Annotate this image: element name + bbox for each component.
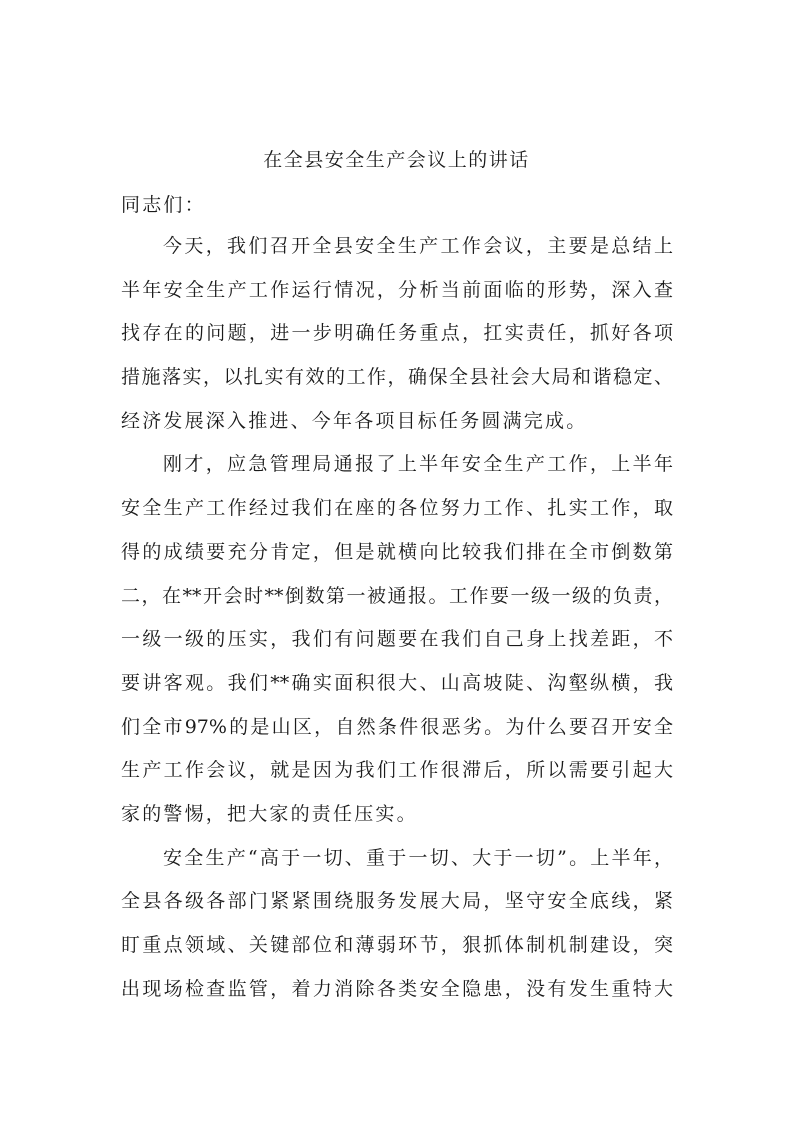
body-line: 们全市97%的是山区，自然条件很恶劣。为什么要召开安全 bbox=[121, 715, 673, 759]
body-line: 找存在的问题，进一步明确任务重点，扛实责任，抓好各项 bbox=[121, 321, 673, 365]
body-line: 得的成绩要充分肯定，但是就横向比较我们排在全市倒数第 bbox=[121, 540, 673, 584]
body-line: 要讲客观。我们**确实面积很大、山高坡陡、沟壑纵横，我 bbox=[121, 671, 673, 715]
greeting: 同志们： bbox=[121, 193, 206, 217]
body-line: 家的警惕，把大家的责任压实。 bbox=[121, 802, 673, 846]
speech-body: 今天，我们召开全县安全生产工作会议，主要是总结上 半年安全生产工作运行情况，分析… bbox=[121, 234, 673, 1020]
body-line: 半年安全生产工作运行情况，分析当前面临的形势，深入查 bbox=[121, 278, 673, 322]
body-line: 经济发展深入推进、今年各项目标任务圆满完成。 bbox=[121, 409, 673, 453]
body-line: 生产工作会议，就是因为我们工作很滞后，所以需要引起大 bbox=[121, 758, 673, 802]
body-line: 今天，我们召开全县安全生产工作会议，主要是总结上 bbox=[121, 234, 673, 278]
body-line: 一级一级的压实，我们有问题要在我们自己身上找差距，不 bbox=[121, 627, 673, 671]
body-line: 出现场检查监管，着力消除各类安全隐患，没有发生重特大 bbox=[121, 977, 673, 1021]
body-line: 措施落实，以扎实有效的工作，确保全县社会大局和谐稳定、 bbox=[121, 365, 673, 409]
document-title: 在全县安全生产会议上的讲话 bbox=[0, 148, 793, 172]
body-line: 刚才，应急管理局通报了上半年安全生产工作，上半年 bbox=[121, 452, 673, 496]
body-line: 安全生产工作经过我们在座的各位努力工作、扎实工作，取 bbox=[121, 496, 673, 540]
body-line: 盯重点领域、关键部位和薄弱环节，狠抓体制机制建设，突 bbox=[121, 933, 673, 977]
body-line: 全县各级各部门紧紧围绕服务发展大局，坚守安全底线，紧 bbox=[121, 889, 673, 933]
body-line: 安全生产“高于一切、重于一切、大于一切”。上半年， bbox=[121, 846, 673, 890]
body-line: 二，在**开会时**倒数第一被通报。工作要一级一级的负责， bbox=[121, 584, 673, 628]
document-page: 在全县安全生产会议上的讲话 同志们： 今天，我们召开全县安全生产工作会议，主要是… bbox=[0, 0, 793, 1122]
